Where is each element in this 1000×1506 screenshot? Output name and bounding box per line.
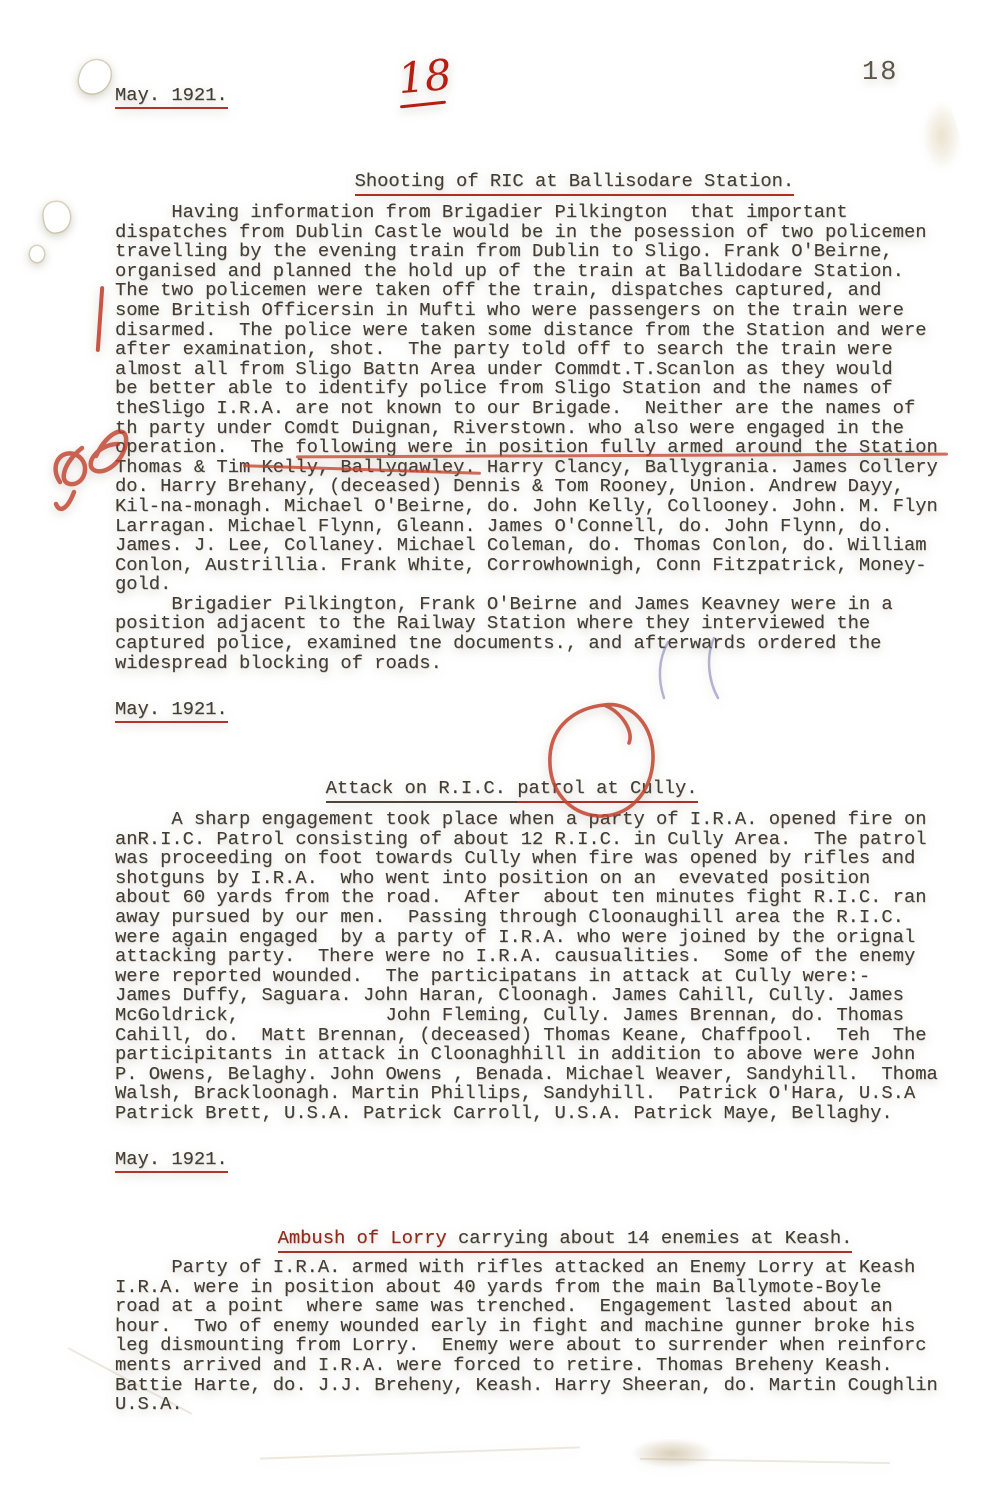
section-body: Having information from Brigadier Pilkin… bbox=[115, 203, 938, 673]
section-date: May. 1921. bbox=[115, 1148, 228, 1170]
section-date: May. 1921. bbox=[115, 84, 228, 106]
handwritten-page-number: 18 bbox=[396, 50, 454, 103]
title-text: Shooting of RIC at Ballisodare Station. bbox=[355, 170, 795, 196]
blue-pencil-mark bbox=[648, 634, 740, 706]
paper-crease bbox=[260, 1446, 580, 1459]
section-body: Party of I.R.A. armed with rifles attack… bbox=[115, 1258, 938, 1415]
paper-page: 18 18 May. 1921. Shooting of RIC at Ball… bbox=[0, 0, 1000, 1506]
red-scribble-mark bbox=[44, 416, 154, 526]
punch-hole bbox=[30, 246, 44, 262]
punch-hole bbox=[76, 57, 114, 98]
typed-page-number: 18 bbox=[862, 58, 898, 88]
date-text: May. 1921. bbox=[115, 84, 228, 109]
date-text: May. 1921. bbox=[115, 698, 228, 723]
title-text-rest: carrying about 14 enemies at Keash. bbox=[447, 1227, 853, 1249]
paper-stain bbox=[630, 1438, 714, 1468]
punch-hole bbox=[42, 200, 73, 234]
paper-stain bbox=[922, 100, 962, 170]
title-text-left: Attack on R.I.C. bbox=[326, 777, 518, 803]
section-body: A sharp engagement took place when a par… bbox=[115, 810, 938, 1124]
date-text: May. 1921. bbox=[115, 1148, 228, 1173]
title-text-red: Ambush of Lorry bbox=[278, 1227, 447, 1249]
section-date: May. 1921. bbox=[115, 698, 228, 720]
red-circle-annotation bbox=[540, 696, 662, 824]
document-scan: 18 18 May. 1921. Shooting of RIC at Ball… bbox=[0, 0, 1000, 1506]
red-margin-line-mark bbox=[96, 286, 105, 352]
